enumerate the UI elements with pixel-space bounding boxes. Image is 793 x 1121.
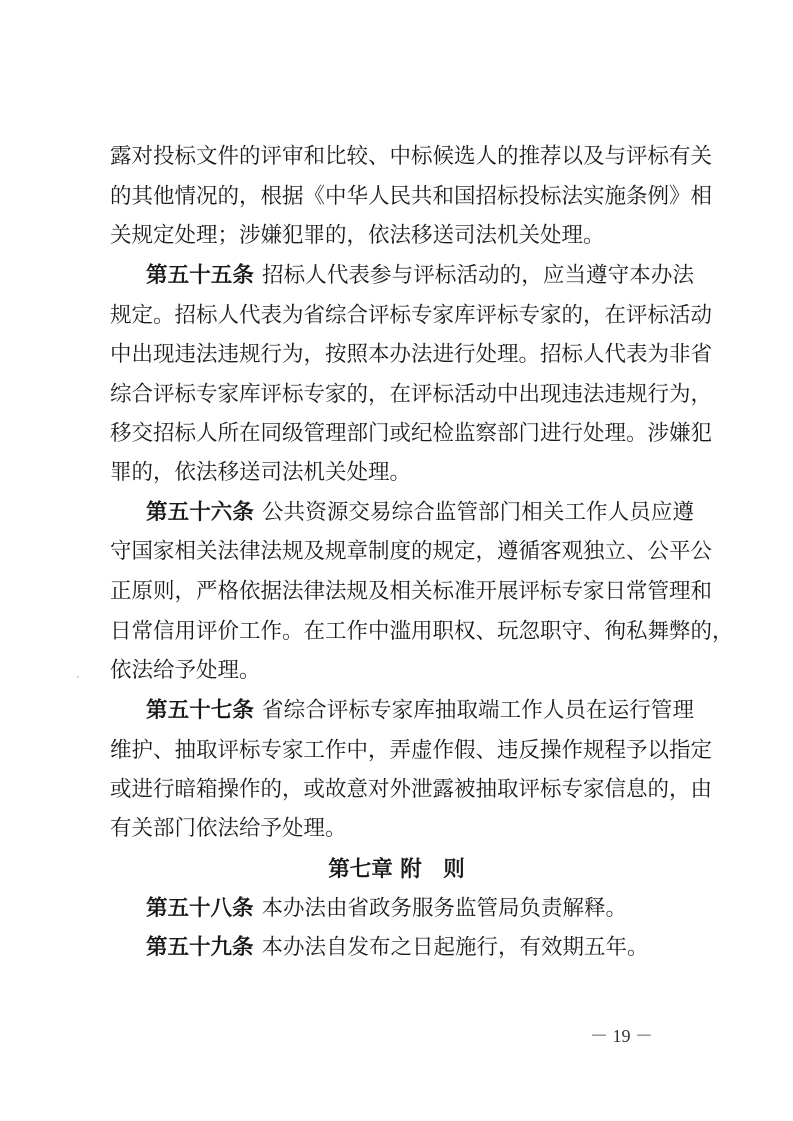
paragraph-line: 的其他情况的，根据《中华人民共和国招标投标法实施条例》相 xyxy=(110,182,694,212)
paragraph-line: 日常信用评价工作。在工作中滥用职权、玩忽职守、徇私舞弊的， xyxy=(110,617,694,647)
article-55-first-line: 第五十五条招标人代表参与评标活动的，应当遵守本办法 xyxy=(146,261,694,291)
article-number: 第五十九条 xyxy=(146,935,254,960)
article-56-first-line: 第五十六条公共资源交易综合监管部门相关工作人员应遵 xyxy=(146,498,694,528)
paragraph-line: 或进行暗箱操作的，或故意对外泄露被抽取评标专家信息的，由 xyxy=(110,775,694,805)
article-number: 第五十五条 xyxy=(146,263,254,288)
article-number: 第五十六条 xyxy=(146,500,254,525)
paragraph-line: 依法给予处理。 xyxy=(110,656,694,686)
page-number: － 19 － xyxy=(590,1022,653,1048)
article-text: 公共资源交易综合监管部门相关工作人员应遵 xyxy=(262,500,694,525)
paragraph-line: 规定。招标人代表为省综合评标专家库评标专家的，在评标活动 xyxy=(110,301,694,331)
article-text: 省综合评标专家库抽取端工作人员在运行管理 xyxy=(262,698,694,723)
paragraph-line: 有关部门依法给予处理。 xyxy=(110,814,694,844)
article-57-first-line: 第五十七条省综合评标专家库抽取端工作人员在运行管理 xyxy=(146,696,694,726)
chapter-heading: 第七章 附 则 xyxy=(0,855,793,885)
article-text: 招标人代表参与评标活动的，应当遵守本办法 xyxy=(262,263,694,288)
article-59: 第五十九条本办法自发布之日起施行，有效期五年。 xyxy=(146,933,694,963)
paragraph-line: 露对投标文件的评审和比较、中标候选人的推荐以及与评标有关 xyxy=(110,142,694,172)
article-number: 第五十七条 xyxy=(146,698,254,723)
paragraph-line: 关规定处理；涉嫌犯罪的，依法移送司法机关处理。 xyxy=(110,221,694,251)
article-text: 本办法自发布之日起施行，有效期五年。 xyxy=(262,935,649,960)
paragraph-line: 罪的，依法移送司法机关处理。 xyxy=(110,458,694,488)
document-page: 露对投标文件的评审和比较、中标候选人的推荐以及与评标有关 的其他情况的，根据《中… xyxy=(0,0,793,1121)
paragraph-line: 维护、抽取评标专家工作中，弄虚作假、违反操作规程予以指定 xyxy=(110,736,694,766)
article-number: 第五十八条 xyxy=(146,896,254,921)
paragraph-line: 守国家相关法律法规及规章制度的规定，遵循客观独立、公平公 xyxy=(110,537,694,567)
paragraph-line: 移交招标人所在同级管理部门或纪检监察部门进行处理。涉嫌犯 xyxy=(110,419,694,449)
scan-speck xyxy=(77,676,79,678)
article-58: 第五十八条本办法由省政务服务监管局负责解释。 xyxy=(146,894,694,924)
paragraph-line: 中出现违法违规行为，按照本办法进行处理。招标人代表为非省 xyxy=(110,340,694,370)
article-text: 本办法由省政务服务监管局负责解释。 xyxy=(262,896,628,921)
paragraph-line: 正原则，严格依据法律法规及相关标准开展评标专家日常管理和 xyxy=(110,577,694,607)
paragraph-line: 综合评标专家库评标专家的，在评标活动中出现违法违规行为， xyxy=(110,380,694,410)
